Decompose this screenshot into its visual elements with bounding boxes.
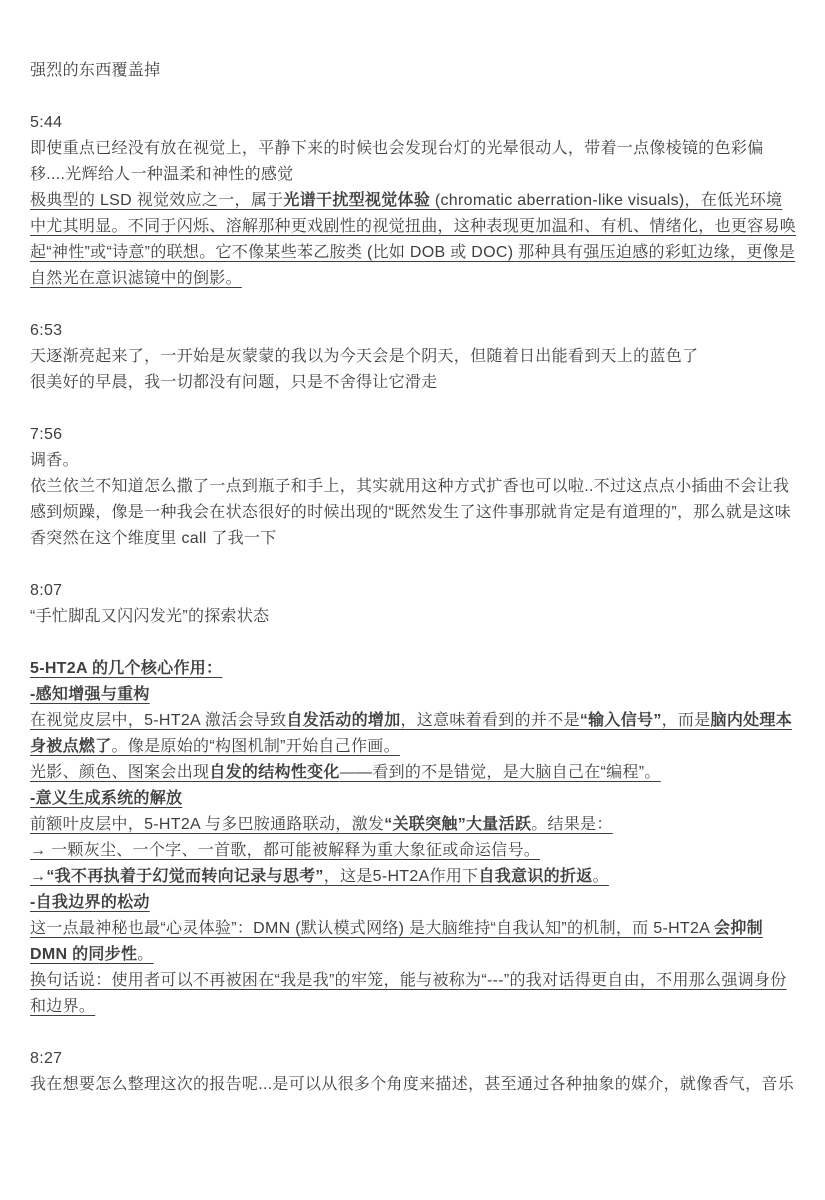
text-segment: 5:44 xyxy=(30,114,62,131)
text-segment: ，而是 xyxy=(662,712,711,729)
paragraph: 强烈的东西覆盖掉 xyxy=(30,58,797,84)
text-segment: 很美好的早晨，我一切都没有问题，只是不舍得让它滑走 xyxy=(30,374,438,391)
text-segment: 自发活动的增加 xyxy=(286,712,400,729)
paragraph: 前额叶皮层中，5-HT2A 与多巴胺通路联动，激发“关联突触”大量活跃。结果是： xyxy=(30,812,797,838)
text-segment: 。 xyxy=(593,868,609,885)
text-segment: 自我意识的折返 xyxy=(478,868,592,885)
text-segment: “关联突触”大量活跃 xyxy=(384,816,531,833)
paragraph: 很美好的早晨，我一切都没有问题，只是不舍得让它滑走 xyxy=(30,370,797,396)
text-segment: 7:56 xyxy=(30,426,62,443)
text-segment: → xyxy=(30,868,46,885)
text-segment: “我不再执着于幻觉而转向记录与思考” xyxy=(46,868,323,885)
document-body: 强烈的东西覆盖掉5:44即使重点已经没有放在视觉上，平静下来的时候也会发现台灯的… xyxy=(0,0,825,1200)
text-segment: 依兰依兰不知道怎么撒了一点到瓶子和手上，其实就用这种方式扩香也可以啦..不过这点… xyxy=(30,478,791,547)
text-segment: 6:53 xyxy=(30,322,62,339)
text-segment: -感知增强与重构 xyxy=(30,686,150,703)
timestamp: 7:56 xyxy=(30,422,797,448)
text-segment: 。 xyxy=(137,946,153,963)
paragraph: 这一点最神秘也最“心灵体验”：DMN (默认模式网络) 是大脑维持“自我认知”的… xyxy=(30,916,797,968)
paragraph: → 一颗灰尘、一个字、一首歌，都可能被解释为重大象征或命运信号。 xyxy=(30,838,797,864)
paragraph: -意义生成系统的解放 xyxy=(30,786,797,812)
text-segment: 天逐渐亮起来了，一开始是灰蒙蒙的我以为今天会是个阴天，但随着日出能看到天上的蓝色… xyxy=(30,348,698,365)
paragraph: 调香。 xyxy=(30,448,797,474)
paragraph: -自我边界的松动 xyxy=(30,890,797,916)
paragraph: 极典型的 LSD 视觉效应之一，属于光谱干扰型视觉体验 (chromatic a… xyxy=(30,188,797,292)
timestamp: 6:53 xyxy=(30,318,797,344)
text-segment: 5-HT2A 的几个核心作用： xyxy=(30,660,222,677)
text-segment: -意义生成系统的解放 xyxy=(30,790,182,807)
paragraph: 天逐渐亮起来了，一开始是灰蒙蒙的我以为今天会是个阴天，但随着日出能看到天上的蓝色… xyxy=(30,344,797,370)
paragraph: 即使重点已经没有放在视觉上，平静下来的时候也会发现台灯的光晕很动人，带着一点像棱… xyxy=(30,136,797,188)
text-segment: “手忙脚乱又闪闪发光”的探索状态 xyxy=(30,608,269,625)
text-segment: -自我边界的松动 xyxy=(30,894,150,911)
paragraph: “手忙脚乱又闪闪发光”的探索状态 xyxy=(30,604,797,630)
text-segment: 光谱干扰型视觉体验 xyxy=(283,192,430,209)
paragraph: →“我不再执着于幻觉而转向记录与思考”，这是5-HT2A作用下自我意识的折返。 xyxy=(30,864,797,890)
text-segment: 前额叶皮层中，5-HT2A 与多巴胺通路联动，激发 xyxy=(30,816,384,833)
text-segment: 极典型的 LSD 视觉效应之一，属于 xyxy=(30,192,283,209)
text-segment: ，这意味着看到的并不是 xyxy=(401,712,580,729)
timestamp: 8:27 xyxy=(30,1046,797,1072)
text-segment: → 一颗灰尘、一个字、一首歌，都可能被解释为重大象征或命运信号。 xyxy=(30,842,540,859)
text-segment: 8:27 xyxy=(30,1050,62,1067)
paragraph: 在视觉皮层中，5-HT2A 激活会导致自发活动的增加，这意味着看到的并不是“输入… xyxy=(30,708,797,760)
timestamp: 8:07 xyxy=(30,578,797,604)
text-segment: ——看到的不是错觉，是大脑自己在“编程”。 xyxy=(340,764,661,781)
paragraph: -感知增强与重构 xyxy=(30,682,797,708)
paragraph: 5-HT2A 的几个核心作用： xyxy=(30,656,797,682)
paragraph: 光影、颜色、图案会出现自发的结构性变化——看到的不是错觉，是大脑自己在“编程”。 xyxy=(30,760,797,786)
text-segment: 换句话说：使用者可以不再被困在“我是我”的牢笼，能与被称为“---”的我对话得更… xyxy=(30,972,787,1015)
paragraph: 依兰依兰不知道怎么撒了一点到瓶子和手上，其实就用这种方式扩香也可以啦..不过这点… xyxy=(30,474,797,552)
text-segment: 调香。 xyxy=(30,452,79,469)
paragraph: 换句话说：使用者可以不再被困在“我是我”的牢笼，能与被称为“---”的我对话得更… xyxy=(30,968,797,1020)
text-segment: 。结果是： xyxy=(531,816,613,833)
text-segment: 这一点最神秘也最“心灵体验”：DMN (默认模式网络) 是大脑维持“自我认知”的… xyxy=(30,920,714,937)
timestamp: 5:44 xyxy=(30,110,797,136)
text-segment: 即使重点已经没有放在视觉上，平静下来的时候也会发现台灯的光晕很动人，带着一点像棱… xyxy=(30,140,764,183)
text-segment: ，这是5-HT2A作用下 xyxy=(324,868,479,885)
text-segment: “输入信号” xyxy=(580,712,662,729)
text-segment: 8:07 xyxy=(30,582,62,599)
text-segment: 强烈的东西覆盖掉 xyxy=(30,62,160,79)
paragraph: 我在想要怎么整理这次的报告呢...是可以从很多个角度来描述，甚至通过各种抽象的媒… xyxy=(30,1072,797,1098)
text-segment: 我在想要怎么整理这次的报告呢...是可以从很多个角度来描述，甚至通过各种抽象的媒… xyxy=(30,1076,794,1093)
text-segment: 光影、颜色、图案会出现 xyxy=(30,764,209,781)
text-segment: 自发的结构性变化 xyxy=(209,764,339,781)
text-segment: 在视觉皮层中，5-HT2A 激活会导致 xyxy=(30,712,286,729)
text-segment: 。像是原始的“构图机制”开始自己作画。 xyxy=(112,738,400,755)
